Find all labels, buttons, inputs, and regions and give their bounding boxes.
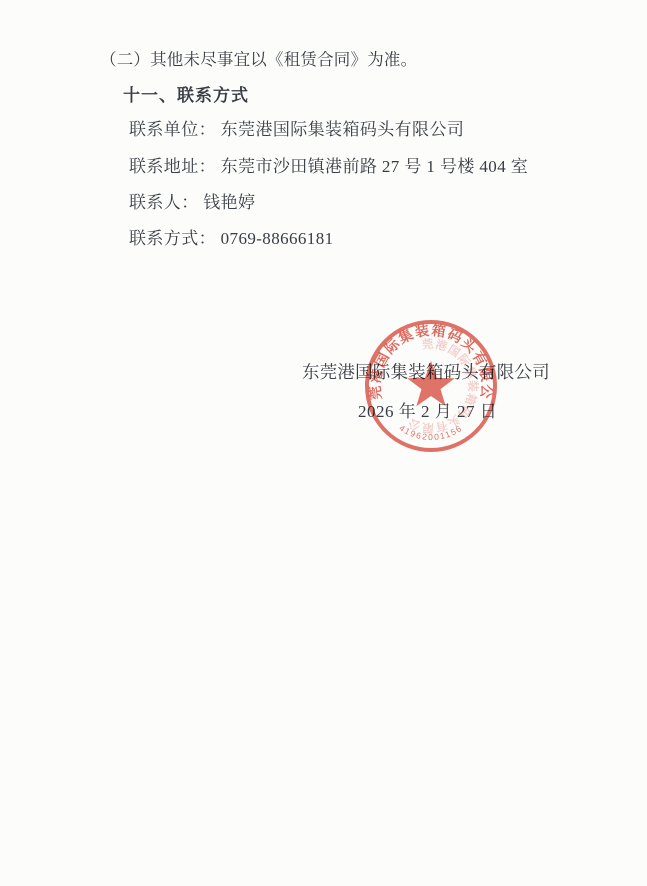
- official-company-seal: 东莞港国际集装箱码头有限公司 东莞港国际集装箱码头有限公司 4419620011…: [356, 311, 506, 461]
- section-heading-contact-info: 十一、联系方式: [123, 85, 249, 106]
- contact-unit-line: 联系单位： 东莞港国际集装箱码头有限公司: [129, 119, 464, 140]
- seal-graphic: 东莞港国际集装箱码头有限公司 东莞港国际集装箱码头有限公司 4419620011…: [356, 311, 506, 461]
- scanned-document-page: （二）其他未尽事宜以《租赁合同》为准。 十一、联系方式 联系单位： 东莞港国际集…: [0, 0, 647, 886]
- seal-star-icon: [407, 361, 455, 406]
- clause-text: （二）其他未尽事宜以《租赁合同》为准。: [100, 50, 417, 71]
- contact-address-line: 联系地址： 东莞市沙田镇港前路 27 号 1 号楼 404 室: [129, 156, 528, 177]
- contact-person-line: 联系人： 钱艳婷: [129, 192, 255, 213]
- contact-phone-line: 联系方式： 0769-88666181: [129, 228, 334, 249]
